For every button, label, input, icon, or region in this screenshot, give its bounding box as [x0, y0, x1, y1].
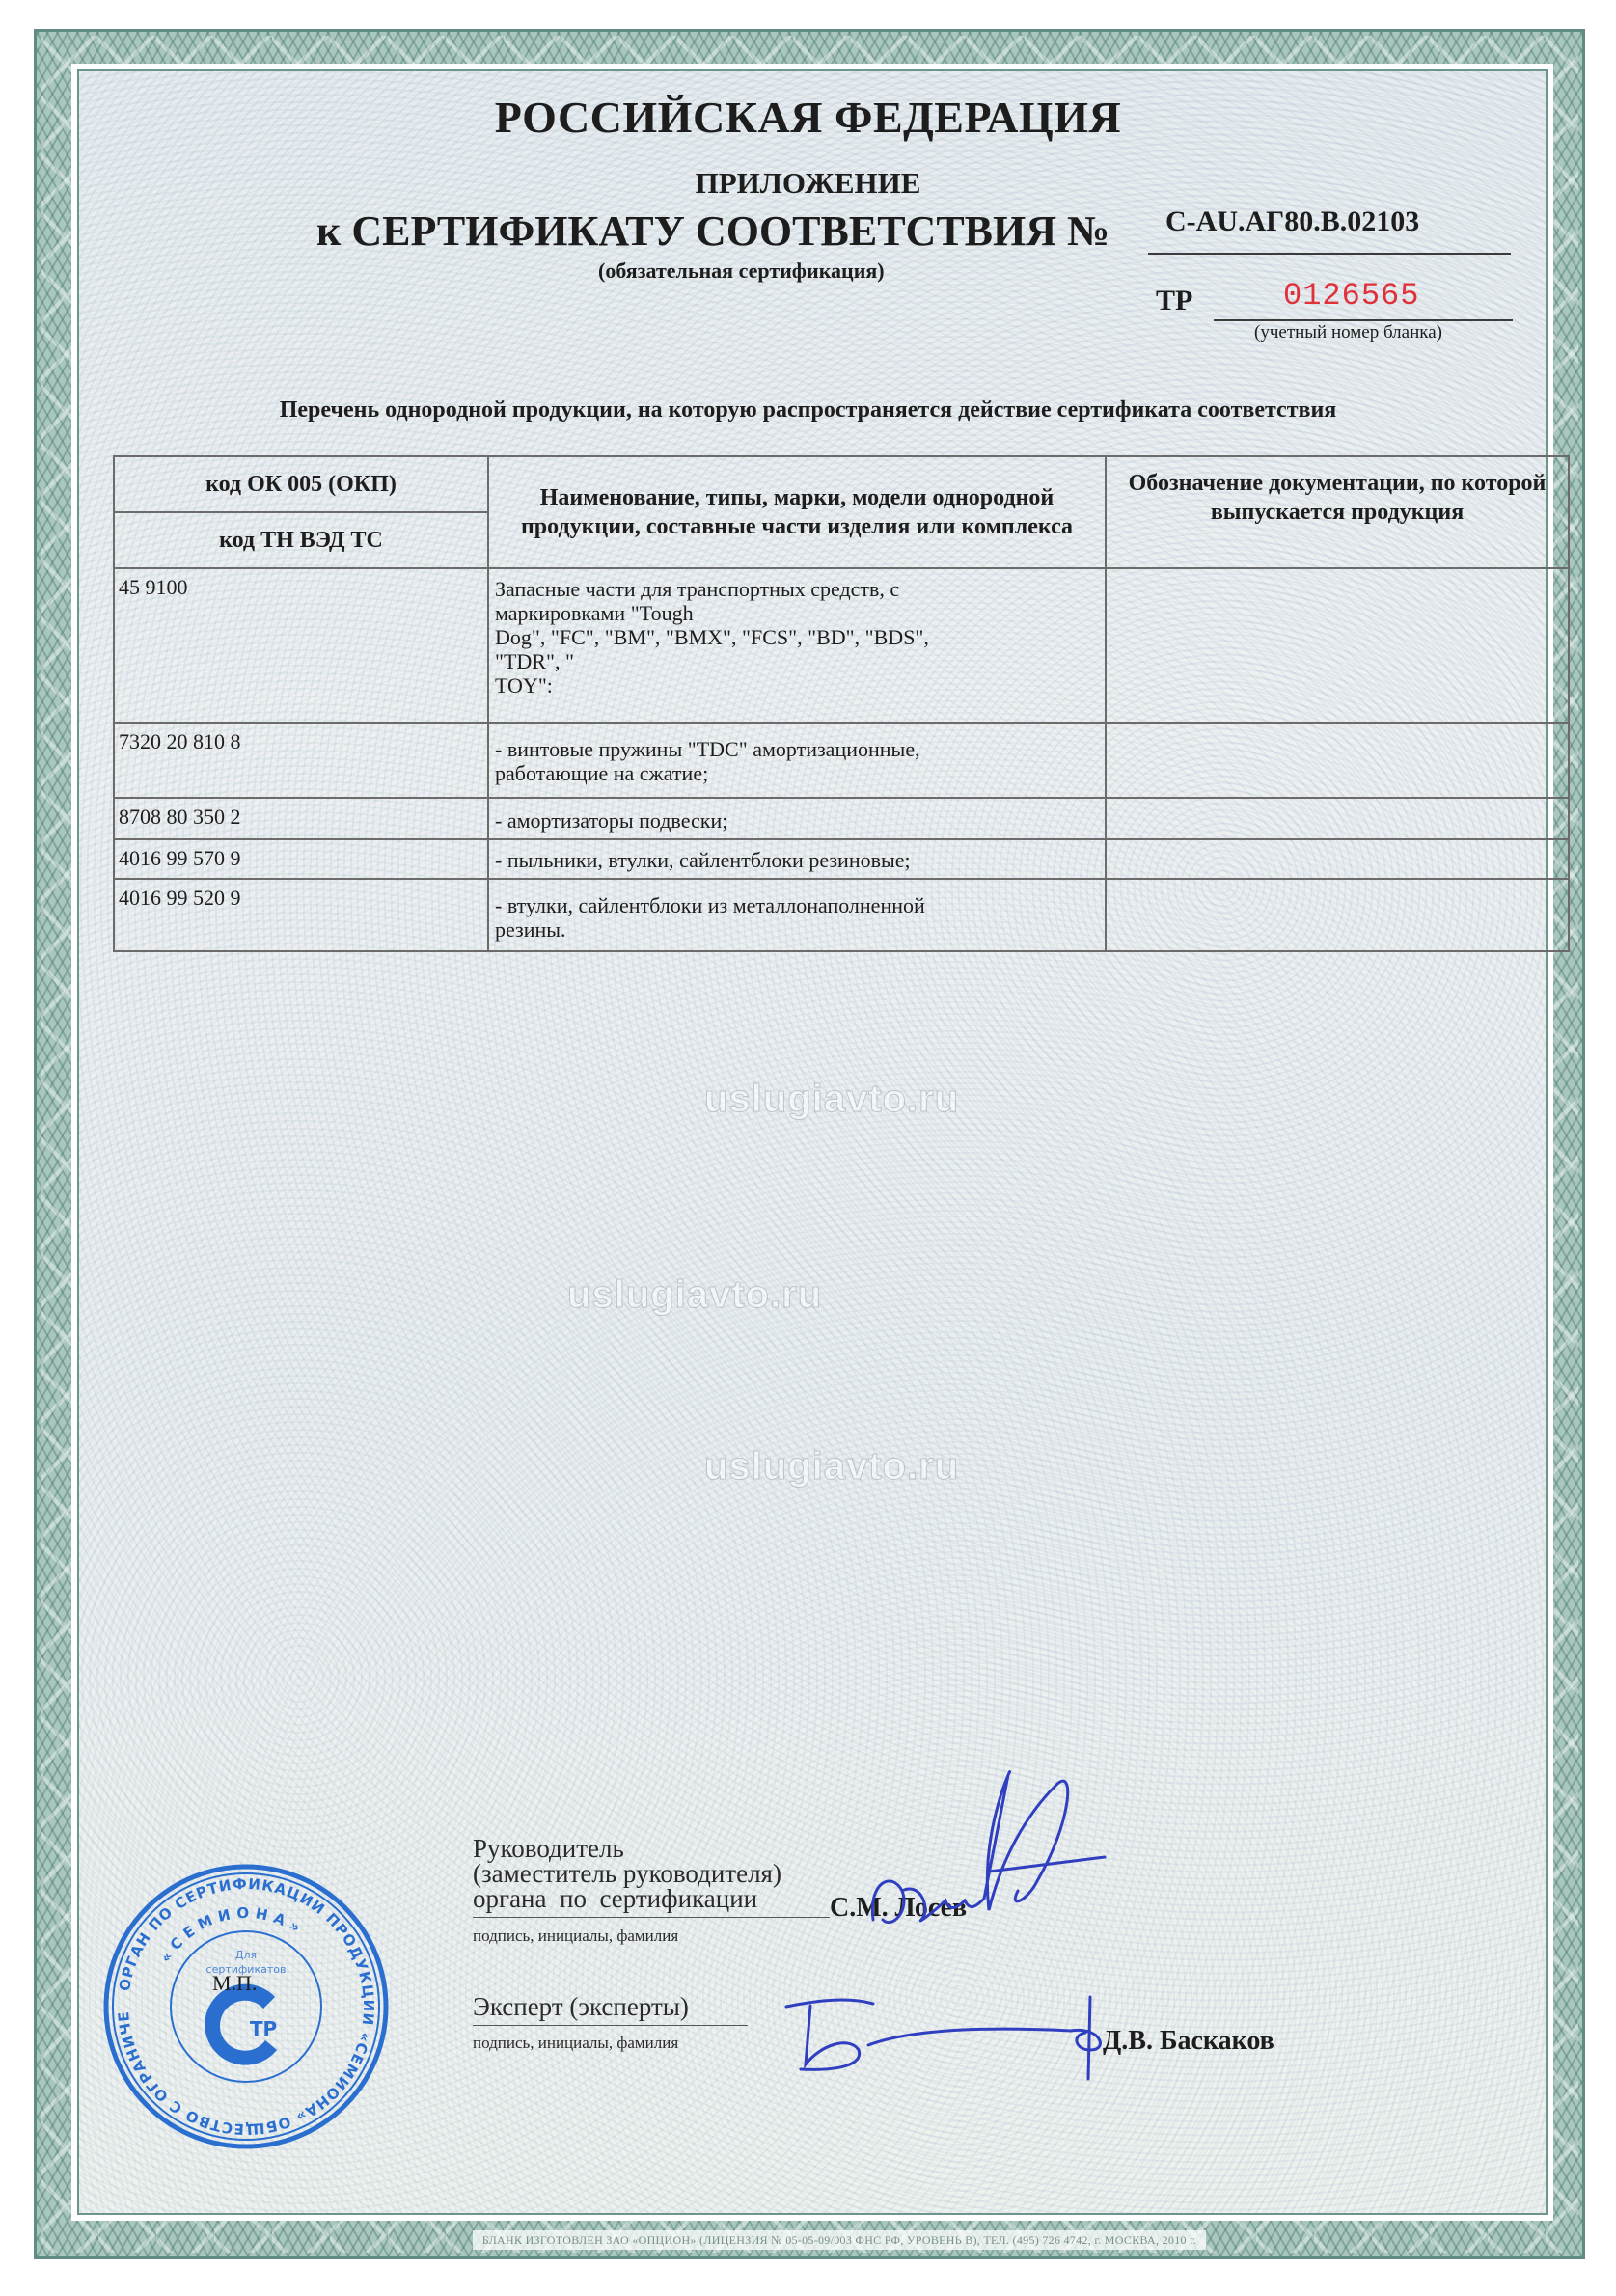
- certification-stamp: ОРГАН ПО СЕРТИФИКАЦИИ ПРОДУКЦИИ «СЕМИОНА…: [101, 1862, 391, 2151]
- row-description: - втулки, сайлентблоки из металлонаполне…: [488, 879, 1106, 951]
- head-caption: подпись, инициалы, фамилия: [473, 1927, 678, 1946]
- certificate-title: к СЕРТИФИКАТУ СООТВЕТСТВИЯ №: [316, 206, 1109, 256]
- table-row: 7320 20 810 8 - винтовые пружины "TDC" а…: [114, 723, 1569, 798]
- form-number: 0126565: [1283, 278, 1419, 314]
- row-description: - амортизаторы подвески;: [488, 798, 1106, 839]
- row-documentation: [1106, 839, 1569, 879]
- row-code: 4016 99 520 9: [114, 879, 488, 951]
- head-signature-line: [473, 1917, 830, 1918]
- certificate-number-underline: [1148, 253, 1511, 255]
- product-list-title: Перечень однородной продукции, на котору…: [0, 397, 1616, 424]
- head-title-line2: (заместитель руководителя): [473, 1861, 781, 1887]
- printer-note: БЛАНК ИЗГОТОВЛЕН ЗАО «ОПЦИОН» (ЛИЦЕНЗИЯ …: [473, 2230, 1206, 2250]
- row-code: 8708 80 350 2: [114, 798, 488, 839]
- certification-type: (обязательная сертификация): [598, 259, 885, 284]
- head-signature-icon: [863, 1765, 1114, 1954]
- table-row: 8708 80 350 2 - амортизаторы подвески;: [114, 798, 1569, 839]
- form-number-underline: [1214, 319, 1513, 321]
- header-documentation: Обозначение документации, по которой вып…: [1106, 456, 1569, 568]
- head-title-line3: органа по сертификации: [473, 1886, 757, 1912]
- stamp-logo-text: ТР: [250, 2017, 277, 2040]
- header-code-okp: код ОК 005 (ОКП): [114, 456, 488, 512]
- head-title-line1: Руководитель: [473, 1836, 624, 1862]
- row-description: - винтовые пружины "TDC" амортизационные…: [488, 723, 1106, 798]
- appendix-heading: ПРИЛОЖЕНИЕ: [0, 166, 1616, 201]
- watermark-text: uslugiavto.ru: [567, 1273, 822, 1317]
- header-code-tnved: код ТН ВЭД ТС: [114, 512, 488, 568]
- expert-signature-line: [473, 2025, 748, 2026]
- row-description: - пыльники, втулки, сайлентблоки резинов…: [488, 839, 1106, 879]
- watermark-text: uslugiavto.ru: [704, 1445, 959, 1489]
- row-description: Запасные части для транспортных средств,…: [488, 568, 1106, 723]
- expert-title: Эксперт (эксперты): [473, 1992, 689, 2022]
- watermark-text: uslugiavto.ru: [704, 1078, 959, 1121]
- header-product-name: Наименование, типы, марки, модели одноро…: [488, 456, 1106, 568]
- table-row: 4016 99 520 9 - втулки, сайлентблоки из …: [114, 879, 1569, 951]
- row-code: 7320 20 810 8: [114, 723, 488, 798]
- form-series-label: ТР: [1156, 285, 1192, 317]
- seal-place-label: М.П.: [212, 1971, 257, 1996]
- row-documentation: [1106, 879, 1569, 951]
- expert-name: Д.В. Баскаков: [1103, 2026, 1274, 2057]
- row-documentation: [1106, 568, 1569, 723]
- stamp-center-top: Для: [235, 1949, 257, 1961]
- form-number-caption: (учетный номер бланка): [1254, 322, 1442, 343]
- row-documentation: [1106, 723, 1569, 798]
- expert-signature-icon: [781, 1992, 1109, 2084]
- table-row: 4016 99 570 9 - пыльники, втулки, сайлен…: [114, 839, 1569, 879]
- country-heading: РОССИЙСКАЯ ФЕДЕРАЦИЯ: [0, 92, 1616, 143]
- row-code: 45 9100: [114, 568, 488, 723]
- certificate-number: C-AU.АГ80.В.02103: [1165, 205, 1419, 238]
- row-code: 4016 99 570 9: [114, 839, 488, 879]
- row-documentation: [1106, 798, 1569, 839]
- table-row: 45 9100 Запасные части для транспортных …: [114, 568, 1569, 723]
- products-table: код ОК 005 (ОКП) Наименование, типы, мар…: [113, 455, 1570, 952]
- expert-caption: подпись, инициалы, фамилия: [473, 2034, 678, 2053]
